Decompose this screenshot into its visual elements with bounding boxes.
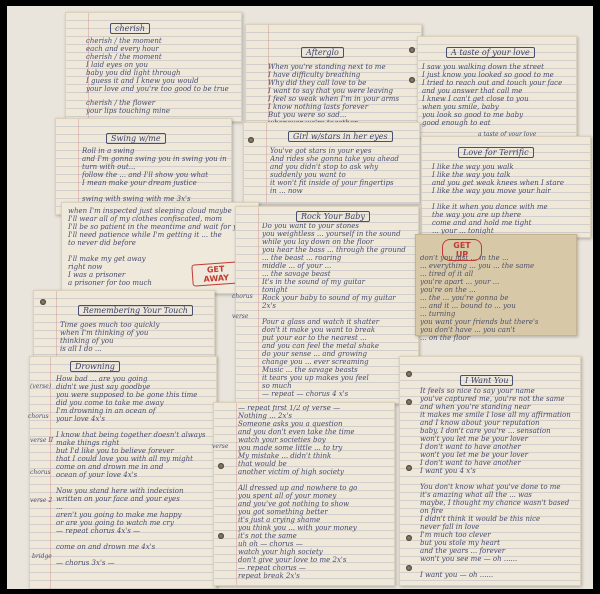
sheet-title: Girl w/stars in her eyes <box>288 131 393 142</box>
photo-frame: cherish cherish / the momenteach and eve… <box>7 6 593 589</box>
lyric-sheet-taste-of-your-love: A taste of your love I saw you walking d… <box>417 36 577 138</box>
lyric-sheet-high-society: verse — repeat first 1/2 of verse —Nothi… <box>213 402 395 586</box>
lyric-sheet-get-up: GET UP don't you just ... in the ...... … <box>415 234 577 336</box>
side-note: verse 2 <box>30 497 52 504</box>
sheet-title: Swing w/me <box>106 133 166 144</box>
lyric-sheet-i-want-you: I Want You It feels so nice to say your … <box>399 356 581 586</box>
lyric-lines: — repeat first 1/2 of verse —Nothing ...… <box>238 405 393 581</box>
side-note: bridge <box>32 553 52 560</box>
lyric-lines: Do you want to your stonesyou weightless… <box>262 223 417 407</box>
side-note: verse II <box>30 437 53 444</box>
lyric-lines: I saw you walking down the streetI just … <box>422 63 572 127</box>
side-note: chorus <box>30 469 51 476</box>
lyric-sheet-swing-with-me: Swing w/me Roll in a swingand I'm gonna … <box>55 118 232 215</box>
lyric-sheet-girl-with-stars: Girl w/stars in her eyes You've got star… <box>243 122 420 204</box>
lyric-lines: Time goes much too quicklywhen I'm think… <box>60 321 210 353</box>
lyric-lines: When you're standing next to meI have di… <box>268 63 418 127</box>
sheet-title: Afterglo <box>301 47 344 58</box>
sheet-title: Remembering Your Touch <box>78 305 193 316</box>
side-note: verse <box>212 443 228 450</box>
sheet-title: Rock Your Baby <box>296 211 370 222</box>
lyric-sheet-afterglo: Afterglo When you're standing next to me… <box>245 24 422 126</box>
lyric-sheet-love-for-terrific: Love for Terrific I like the way you wal… <box>421 136 591 238</box>
side-note: chorus <box>28 413 49 420</box>
lyric-lines: You've got stars in your eyesAnd rides s… <box>270 147 418 195</box>
sheet-title: A taste of your love <box>446 47 535 58</box>
get-away-stamp: GET AWAY <box>191 261 240 286</box>
lyric-sheet-cherish: cherish cherish / the momenteach and eve… <box>65 12 242 122</box>
sheet-title: Love for Terrific <box>458 147 534 158</box>
sheet-title: I Want You <box>460 375 513 386</box>
sheet-title: Drowning <box>70 361 120 372</box>
sheet-title: cherish <box>110 23 150 34</box>
lyric-lines: It feels so nice to say your nameyou've … <box>420 387 578 579</box>
lyric-sheet-drowning: Drowning (verse) chorus verse II chorus … <box>29 356 217 589</box>
side-note-verse: verse <box>232 313 248 320</box>
lyric-sheet-rock-your-baby: Rock Your Baby chorus verse Do you want … <box>235 206 419 404</box>
lyric-sheet-remembering-your-touch: Remembering Your Touch Time goes much to… <box>33 290 215 362</box>
lyric-lines: cherish / the momenteach and every hourc… <box>86 37 236 115</box>
side-note-chorus: chorus <box>232 293 253 300</box>
lyric-lines: don't you just ... in the ...... everyth… <box>420 255 574 343</box>
lyric-lines: How bad ... are you goingdidn't we just … <box>56 375 214 567</box>
side-note: (verse) <box>30 383 51 390</box>
lyric-lines: I like the way you walkI like the way yo… <box>432 163 587 235</box>
lyric-sheet-get-away: when I'm inspected just sleeping cloud m… <box>61 202 259 294</box>
